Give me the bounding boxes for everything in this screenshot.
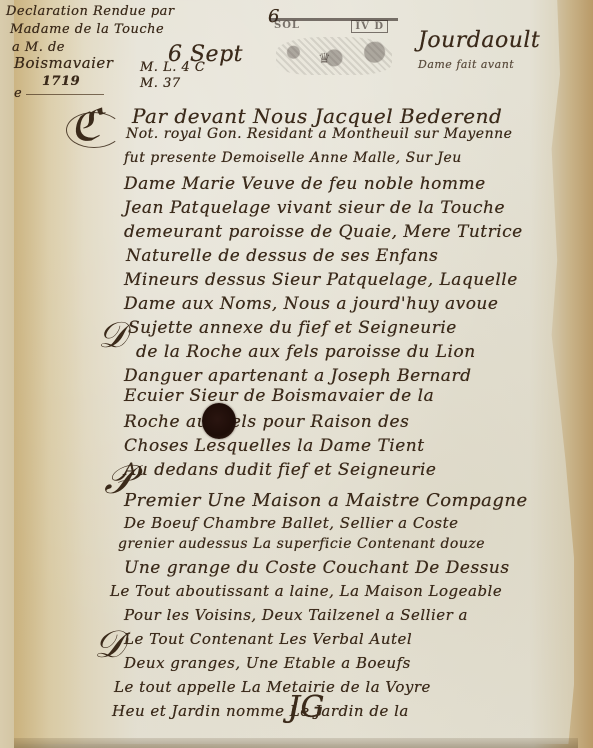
margin-note-mark: e xyxy=(14,86,22,101)
margin-underline xyxy=(26,94,104,95)
header-small-right: Dame fait avant xyxy=(418,58,514,71)
body-line: Jean Patquelage vivant sieur de la Touch… xyxy=(124,198,505,218)
body-line: Danguer apartenant a Joseph Bernard xyxy=(124,366,471,386)
body-line: Par devant Nous Jacquel Bederend xyxy=(132,104,502,128)
body-line: Sujette annexe du fief et Seigneurie xyxy=(128,318,457,338)
header-ref-1: M. L. 4 C xyxy=(140,60,205,75)
flourish-loop-1 xyxy=(66,112,122,148)
body-line: Pour les Voisins, Deux Tailzenel a Selli… xyxy=(124,606,468,624)
header-date-right: Jourdaoult xyxy=(418,28,540,53)
body-line: de la Roche aux fels paroisse du Lion xyxy=(136,342,476,362)
body-line: grenier audessus La superficie Contenant… xyxy=(118,536,485,552)
body-line: Dame aux Noms, Nous a jourd'huy avoue xyxy=(124,294,498,314)
margin-note-line-2: Madame de la Touche xyxy=(10,22,164,37)
header-ref-2: M. 37 xyxy=(140,76,181,91)
signature: JG xyxy=(288,690,325,725)
margin-note-line-1: Declaration Rendue par xyxy=(6,4,175,19)
margin-note-line-3: a M. de xyxy=(12,40,65,55)
body-line: fut presente Demoiselle Anne Malle, Sur … xyxy=(124,150,462,166)
stamp-right-text: IV D xyxy=(351,20,388,33)
body-line: De Boeuf Chambre Ballet, Sellier a Coste xyxy=(124,514,459,532)
body-line: Ecuier Sieur de Boismavaier de la xyxy=(124,386,434,406)
paper-bottom-edge xyxy=(14,738,578,748)
body-line: Le Tout aboutissant a laine, La Maison L… xyxy=(110,582,502,600)
body-line: Choses Lesquelles la Dame Tient xyxy=(124,436,425,456)
ink-blot xyxy=(202,403,236,439)
body-line: Heu et Jardin nomme Le Jardin de la xyxy=(112,702,409,720)
margin-note-line-4: Boismavaier xyxy=(14,56,113,71)
crown-icon: ♛ xyxy=(318,51,331,67)
body-line: Une grange du Coste Couchant De Dessus xyxy=(124,558,510,578)
tax-stamp: SOL IV D ♛ xyxy=(270,18,398,79)
flourish-initial-d2: 𝒟 xyxy=(94,622,124,666)
stamp-left-text: SOL xyxy=(274,20,300,31)
body-line: Au dedans dudit fief et Seigneurie xyxy=(124,460,436,480)
body-line: Not. royal Gon. Residant a Montheuil sur… xyxy=(126,126,512,142)
stamp-crest-icon xyxy=(276,37,392,75)
body-line: Le tout appelle La Metairie de la Voyre xyxy=(114,678,431,696)
margin-note-year: 1719 xyxy=(42,74,80,89)
body-line: Le Tout Contenant Les Verbal Autel xyxy=(124,630,412,648)
body-line: Premier Une Maison a Maistre Compagne xyxy=(124,490,528,511)
flourish-initial-d: 𝒟 xyxy=(98,314,127,358)
body-line: demeurant paroisse de Quaie, Mere Tutric… xyxy=(124,222,523,242)
body-line: Naturelle de dessus de ses Enfans xyxy=(126,246,438,266)
body-line: Mineurs dessus Sieur Patquelage, Laquell… xyxy=(124,270,518,290)
body-line: Roche aux fels pour Raison des xyxy=(124,412,409,432)
body-line: Deux granges, Une Etable a Boeufs xyxy=(124,654,411,672)
body-line: Dame Marie Veuve de feu noble homme xyxy=(124,174,486,194)
